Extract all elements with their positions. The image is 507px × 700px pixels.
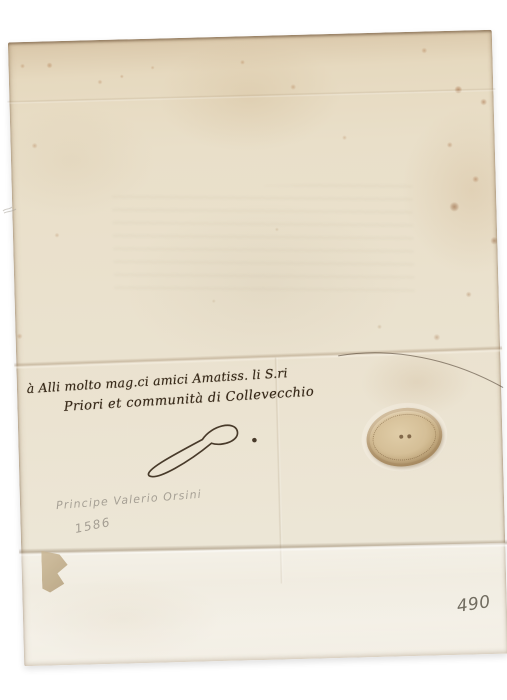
flourish-dot: [252, 438, 257, 443]
letter-photo: à Alli molto mag.ci amici Amatiss. li S.…: [0, 0, 507, 700]
seal-ring: [369, 409, 440, 465]
text-showthrough: [112, 182, 415, 300]
embossed-seal: [362, 402, 447, 472]
faint-pencil-smudge: [2, 202, 18, 216]
address-block: à Alli molto mag.ci amici Amatiss. li S.…: [26, 364, 314, 417]
lower-flap: [21, 543, 507, 667]
ink-hairline-stroke: [334, 342, 507, 402]
pencil-year: 1586: [74, 515, 113, 536]
crease-top: [7, 88, 495, 105]
letter-paper: à Alli molto mag.ci amici Amatiss. li S.…: [8, 30, 507, 666]
